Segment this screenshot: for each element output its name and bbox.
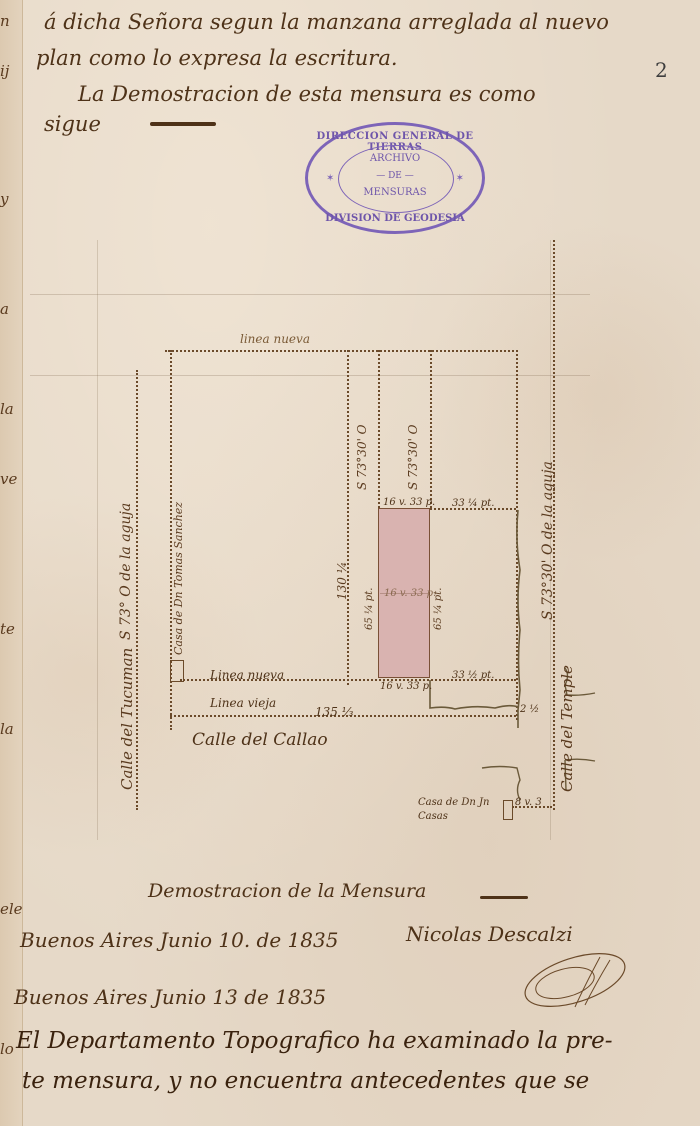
archive-stamp: DIRECCION GENERAL DE TIERRAS ARCHIVO — D… bbox=[305, 122, 485, 234]
header-line-2: plan como lo expresa la escritura. bbox=[36, 46, 398, 70]
left-street-line bbox=[136, 370, 138, 810]
star-icon: ✶ bbox=[326, 173, 334, 184]
margin-fragment: te bbox=[0, 620, 15, 638]
inner-line-right bbox=[430, 350, 432, 508]
construction-line bbox=[97, 240, 98, 840]
stamp-mensuras: MENSURAS bbox=[308, 187, 482, 198]
stamp-outer-bottom: DIVISION DE GEODESIA bbox=[308, 213, 482, 224]
label-bottom-right-offset: 8 v. 3 bbox=[515, 797, 542, 808]
corner-house-marker bbox=[170, 660, 184, 682]
flourish-dash bbox=[150, 122, 216, 126]
label-bottom-right-dim: 33 ½ pt. bbox=[452, 670, 494, 681]
top-boundary-line bbox=[165, 350, 518, 352]
label-corner-house: Casa de Dn Tomas Sanchez bbox=[172, 502, 185, 655]
label-right-bearing: S 73°30' O de la aguja bbox=[540, 461, 556, 620]
label-right-offset: 2 ½ bbox=[520, 704, 539, 715]
label-left-bearing: S 73° O de la aguja bbox=[118, 503, 134, 640]
page-number: 2 bbox=[655, 58, 668, 82]
surveyor-signature: Nicolas Descalzi bbox=[406, 922, 573, 946]
margin-fragment: ele bbox=[0, 900, 23, 918]
label-calle-callao: Calle del Callao bbox=[192, 730, 328, 750]
label-inner-bearing-right: S 73°30' O bbox=[406, 424, 420, 490]
caption-demostracion: Demostracion de la Mensura bbox=[148, 880, 426, 902]
label-left-depth: 130 ¼ bbox=[335, 562, 349, 600]
body-line-1: El Departamento Topografico ha examinado… bbox=[16, 1028, 613, 1054]
second-date: Buenos Aires Junio 13 de 1835 bbox=[14, 985, 326, 1009]
margin-fragment: ij bbox=[0, 62, 9, 80]
margin-fragment: a bbox=[0, 300, 9, 318]
label-bottom-right-house: Casa de Dn Jn Casas bbox=[418, 796, 508, 824]
inner-line-mid bbox=[378, 350, 380, 508]
header-line-4: sigue bbox=[44, 112, 101, 136]
left-page-margin bbox=[0, 0, 23, 1126]
margin-fragment: lo bbox=[0, 1040, 14, 1058]
label-linea-nueva-top: linea nueva bbox=[240, 332, 310, 346]
header-line-1: á dicha Señora segun la manzana arreglad… bbox=[44, 10, 609, 34]
stamp-archivo: ARCHIVO bbox=[308, 153, 482, 164]
label-inner-bearing-left: S 73°30' O bbox=[355, 424, 369, 490]
label-bottom-length: 135 ⅓ bbox=[315, 705, 353, 719]
margin-fragment: y bbox=[0, 190, 8, 208]
label-lot-center: 16 v. 33 p. bbox=[384, 588, 436, 599]
flourish-dash bbox=[480, 896, 528, 899]
label-calle-temple: Calle del Temple bbox=[558, 665, 576, 792]
label-top-right-dim: 33 ¼ pt. bbox=[452, 498, 494, 509]
construction-line bbox=[30, 375, 590, 376]
label-linea-vieja: Linea vieja bbox=[210, 696, 276, 710]
label-linea-nueva-bottom: Linea nueva bbox=[210, 668, 284, 682]
margin-fragment: la bbox=[0, 400, 14, 418]
wall-outlines bbox=[425, 500, 605, 820]
label-top-lot-width: 16 v. 33 p. bbox=[383, 497, 435, 508]
rubric-flourish bbox=[515, 945, 635, 1015]
header-line-3: La Demostracion de esta mensura es como bbox=[78, 82, 536, 106]
label-calle-tucuman: Calle del Tucuman bbox=[118, 648, 136, 790]
label-bottom-lot-width: 16 v. 33 p. bbox=[380, 681, 432, 692]
place-date: Buenos Aires Junio 10. de 1835 bbox=[20, 928, 338, 952]
star-icon: ✶ bbox=[456, 173, 464, 184]
margin-fragment: n bbox=[0, 12, 10, 30]
inner-line-left bbox=[347, 350, 349, 685]
label-lot-left-side: 65 ¼ pt. bbox=[364, 588, 375, 630]
margin-fragment: la bbox=[0, 720, 14, 738]
margin-fragment: ve bbox=[0, 470, 17, 488]
body-line-2: te mensura, y no encuentra antecedentes … bbox=[22, 1068, 589, 1094]
construction-line bbox=[30, 294, 590, 295]
